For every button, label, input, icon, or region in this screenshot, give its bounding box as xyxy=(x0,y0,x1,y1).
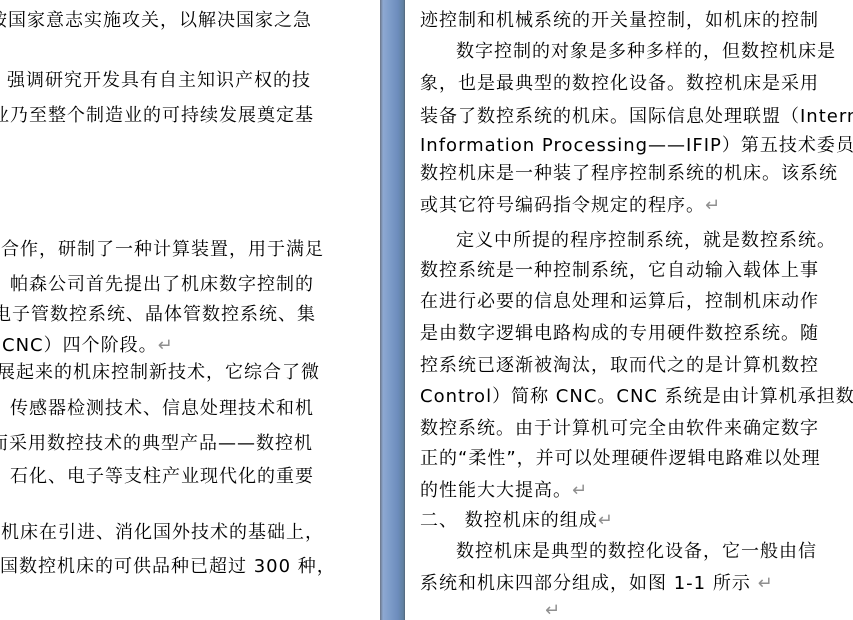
page-1[interactable] xyxy=(0,0,381,620)
document-view: 按国家意志实施攻关，以解决国家之急，强调研究开发具有自主知识产权的技业乃至整个制… xyxy=(0,0,853,620)
page-gap xyxy=(380,0,406,620)
page-2[interactable] xyxy=(405,0,853,620)
